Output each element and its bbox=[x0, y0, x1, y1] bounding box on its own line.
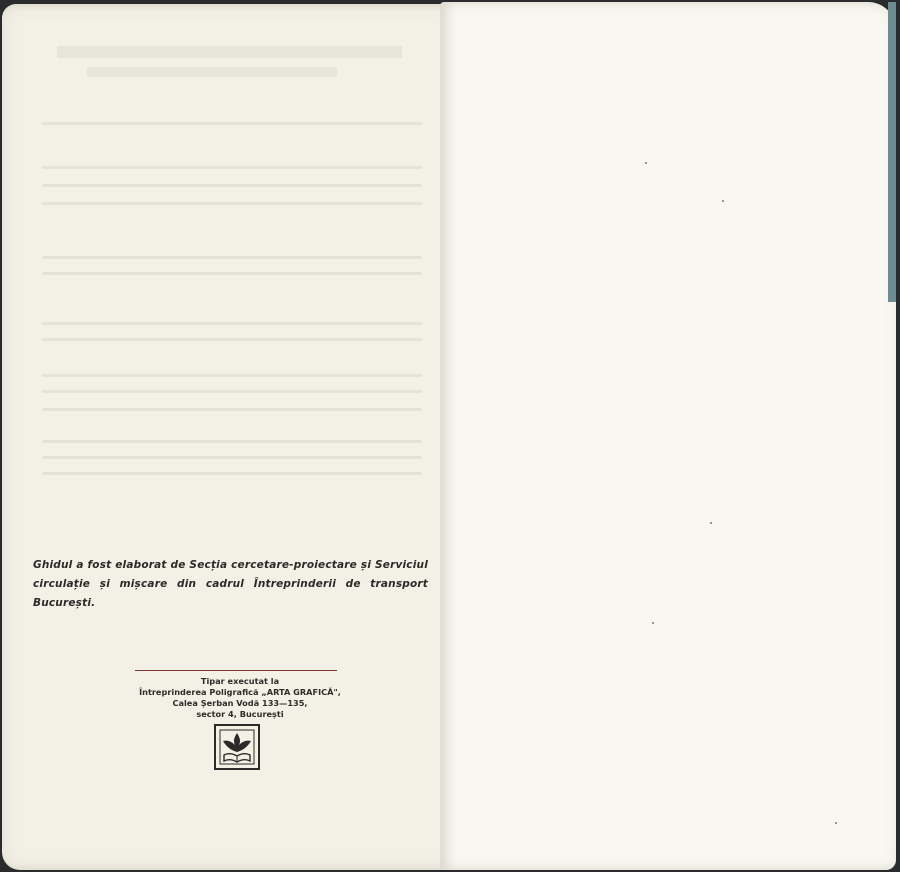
credit-line-2: circulație și mișcare din cadrul Întrepr… bbox=[33, 575, 428, 613]
poligrafica-logo-icon bbox=[214, 724, 260, 770]
divider-rule bbox=[135, 670, 337, 671]
paper-speck bbox=[835, 822, 837, 824]
credit-line-1: Ghidul a fost elaborat de Secția cerceta… bbox=[33, 556, 428, 575]
printer-colophon: Tipar executat la Întreprinderea Poligra… bbox=[120, 676, 360, 720]
show-through-line bbox=[42, 374, 422, 377]
show-through-line bbox=[42, 202, 422, 205]
show-through-line bbox=[42, 390, 422, 393]
paper-speck bbox=[722, 200, 724, 202]
show-through-line bbox=[42, 122, 422, 125]
page-edge-shadow bbox=[888, 2, 896, 302]
printer-line-2: Întreprinderea Poligrafică „ARTA GRAFICĂ… bbox=[120, 687, 360, 698]
show-through-line bbox=[42, 166, 422, 169]
show-through-line bbox=[42, 184, 422, 187]
show-through-line bbox=[42, 472, 422, 475]
paper-speck bbox=[652, 622, 654, 624]
paper-speck bbox=[710, 522, 712, 524]
show-through-subtitle bbox=[87, 67, 337, 77]
show-through-line bbox=[42, 322, 422, 325]
guide-credit-text: Ghidul a fost elaborat de Secția cerceta… bbox=[33, 556, 428, 613]
show-through-line bbox=[42, 256, 422, 259]
printer-line-3: Calea Șerban Vodă 133—135, bbox=[120, 698, 360, 709]
show-through-title bbox=[57, 46, 402, 58]
show-through-line bbox=[42, 338, 422, 341]
printer-line-4: sector 4, București bbox=[120, 709, 360, 720]
printer-line-1: Tipar executat la bbox=[120, 676, 360, 687]
show-through-line bbox=[42, 272, 422, 275]
paper-speck bbox=[645, 162, 647, 164]
show-through-line bbox=[42, 456, 422, 459]
show-through-line bbox=[42, 440, 422, 443]
right-page bbox=[440, 2, 896, 870]
show-through-line bbox=[42, 408, 422, 411]
